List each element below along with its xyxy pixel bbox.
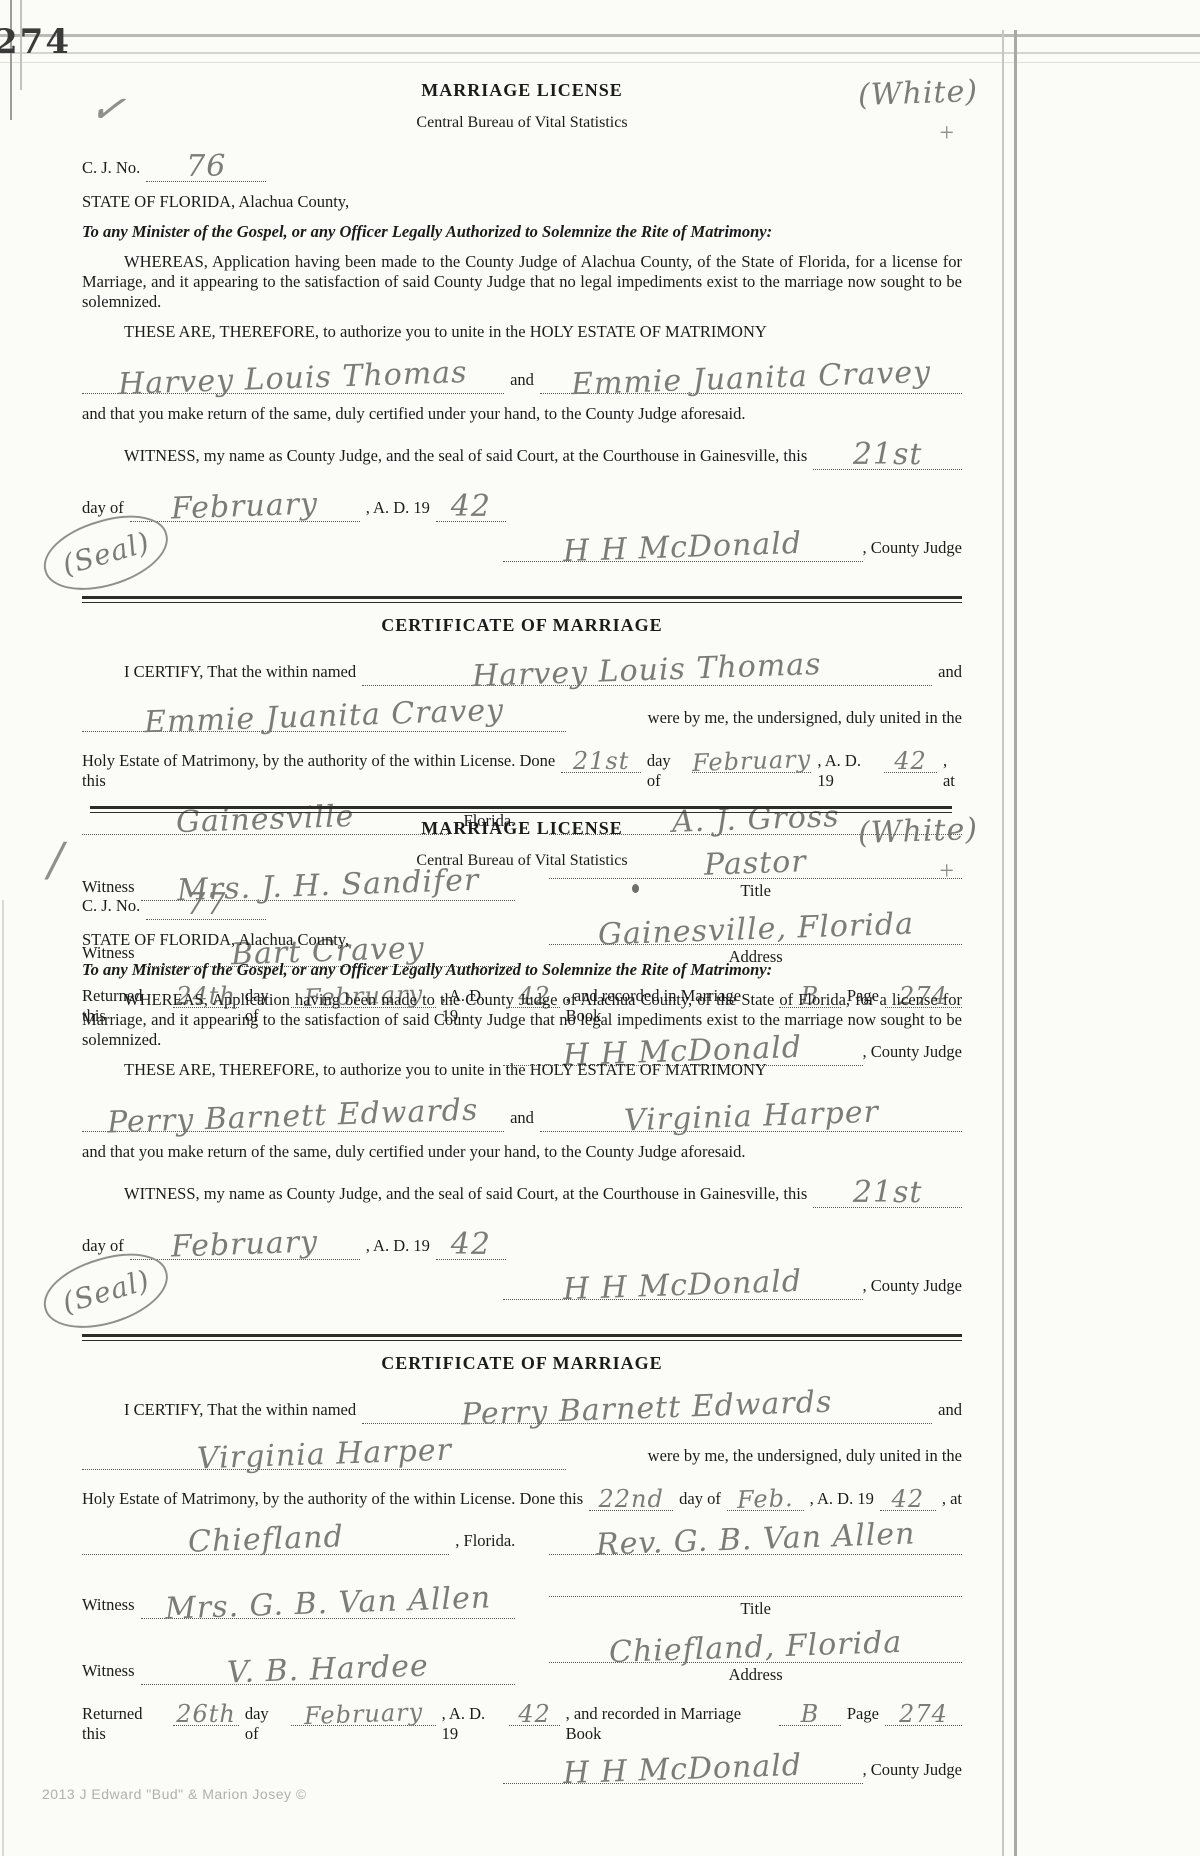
day-of-label: day of bbox=[82, 1236, 124, 1256]
section-divider bbox=[82, 1334, 962, 1341]
done-year: 42 bbox=[894, 747, 927, 775]
these-are-line: THESE ARE, THEREFORE, to authorize you t… bbox=[82, 322, 962, 342]
witness-statement: WITNESS, my name as County Judge, and th… bbox=[82, 446, 807, 466]
day-of-label: day of bbox=[647, 751, 686, 791]
white-annotation: (White) bbox=[857, 812, 978, 851]
were-by-me-line: were by me, the undersigned, duly united… bbox=[572, 1446, 962, 1466]
florida-label: , Florida. bbox=[455, 1531, 515, 1551]
returned-year: 42 bbox=[518, 1700, 551, 1728]
book-field: B bbox=[779, 1697, 841, 1726]
and-label: and bbox=[510, 1108, 534, 1128]
returned-judge-signature: H H McDonald bbox=[562, 1748, 802, 1791]
done-day-field: 21st bbox=[561, 744, 640, 773]
license-year: 42 bbox=[451, 489, 491, 524]
officiant-address: Chiefland, Florida bbox=[608, 1625, 902, 1670]
cj-number-field: 77 bbox=[146, 884, 266, 920]
page-number-stamp: 274 bbox=[0, 22, 71, 62]
ad19-label: , A. D. 19 bbox=[442, 1704, 504, 1744]
done-month: Feb. bbox=[737, 1484, 794, 1514]
returned-judge-field: H H McDonald bbox=[503, 1748, 863, 1784]
returned-day: 26th bbox=[176, 1700, 236, 1728]
were-by-me-line: were by me, the undersigned, duly united… bbox=[572, 708, 962, 728]
witness1-name: Mrs. G. B. Van Allen bbox=[164, 1580, 491, 1626]
seal-text: (Seal) bbox=[59, 525, 154, 581]
scan-artifact-line bbox=[0, 62, 1200, 63]
license-year: 42 bbox=[451, 1227, 491, 1262]
checkmark-annotation: ✓ bbox=[87, 82, 130, 136]
returned-month: February bbox=[303, 1698, 423, 1730]
minister-address-line: To any Minister of the Gospel, or any Of… bbox=[82, 960, 962, 980]
certificate-title: CERTIFICATE OF MARRIAGE bbox=[82, 1353, 962, 1374]
marriage-record-2: / (White) + MARRIAGE LICENSE Central Bur… bbox=[82, 818, 962, 1796]
license-month: February bbox=[171, 1224, 319, 1264]
officiant-title-field bbox=[549, 1563, 962, 1597]
license-month-field: February bbox=[130, 486, 360, 522]
witness-label: Witness bbox=[82, 1661, 135, 1681]
and-label: and bbox=[938, 662, 962, 682]
returned-month-field: February bbox=[291, 1697, 436, 1726]
city-field: Chiefland bbox=[82, 1519, 449, 1555]
returned-year-field: 42 bbox=[509, 1697, 559, 1726]
witness2-field: V. B. Hardee bbox=[141, 1649, 516, 1685]
scan-artifact-line bbox=[0, 34, 1200, 37]
officiant-signature-field: Rev. G. B. Van Allen bbox=[549, 1519, 962, 1555]
cert-bride-field: Emmie Juanita Cravey bbox=[82, 696, 566, 732]
judge-signature: H H McDonald bbox=[562, 1264, 802, 1307]
groom-name: Harvey Louis Thomas bbox=[118, 355, 469, 402]
done-day-field: 22nd bbox=[589, 1482, 673, 1511]
done-month-field: February bbox=[692, 744, 811, 773]
cert-bride-name: Virginia Harper bbox=[196, 1433, 452, 1477]
comma-at-label: , at bbox=[942, 1489, 962, 1509]
comma-at-label: , at bbox=[943, 751, 962, 791]
cj-number-field: 76 bbox=[146, 146, 266, 182]
seal-text: (Seal) bbox=[59, 1263, 154, 1319]
returned-this-label: Returned this bbox=[82, 1704, 167, 1744]
done-month: February bbox=[692, 745, 812, 777]
judge-signature-field: H H McDonald bbox=[503, 1264, 863, 1300]
plus-mark: + bbox=[939, 118, 954, 148]
cj-number-value: 76 bbox=[186, 149, 226, 184]
scan-edge-line bbox=[2, 900, 4, 1856]
groom-name-field: Perry Barnett Edwards bbox=[82, 1096, 504, 1132]
day-of-label: day of bbox=[679, 1489, 721, 1509]
groom-name-field: Harvey Louis Thomas bbox=[82, 358, 504, 394]
witness2-name: V. B. Hardee bbox=[226, 1648, 429, 1690]
done-month-field: Feb. bbox=[727, 1482, 804, 1511]
recorded-in-label: , and recorded in Marriage Book bbox=[566, 1704, 774, 1744]
judge-signature-field: H H McDonald bbox=[503, 526, 863, 562]
city-name: Chiefland bbox=[187, 1519, 344, 1559]
ad19-label: , A. D. 19 bbox=[817, 751, 878, 791]
i-certify-label: I CERTIFY, That the within named bbox=[82, 1400, 356, 1420]
scanned-document-page: 274 2013 J Edward "Bud" & Marion Josey ©… bbox=[0, 0, 1200, 1856]
whereas-paragraph: WHEREAS, Application having been made to… bbox=[82, 990, 962, 1050]
marriage-license-title: MARRIAGE LICENSE bbox=[82, 818, 962, 839]
ad19-label: , A. D. 19 bbox=[810, 1489, 874, 1509]
bride-name: Emmie Juanita Cravey bbox=[570, 355, 931, 403]
scan-artifact-line bbox=[0, 52, 1200, 54]
cert-groom-name: Perry Barnett Edwards bbox=[461, 1385, 833, 1433]
cert-groom-field: Harvey Louis Thomas bbox=[362, 650, 932, 686]
license-day: 21st bbox=[853, 437, 923, 472]
cert-groom-name: Harvey Louis Thomas bbox=[472, 647, 823, 694]
and-label: and bbox=[510, 370, 534, 390]
return-instruction-line: and that you make return of the same, du… bbox=[82, 404, 962, 424]
done-year-field: 42 bbox=[884, 744, 937, 773]
cj-no-label: C. J. No. bbox=[82, 896, 140, 916]
page-label: Page bbox=[847, 1704, 879, 1724]
bride-name-field: Emmie Juanita Cravey bbox=[540, 358, 962, 394]
holy-estate-line: Holy Estate of Matrimony, by the authori… bbox=[82, 1489, 583, 1509]
license-day-field: 21st bbox=[813, 1172, 962, 1208]
section-divider bbox=[82, 596, 962, 603]
scan-edge-line bbox=[1002, 30, 1004, 1856]
certificate-title: CERTIFICATE OF MARRIAGE bbox=[82, 615, 962, 636]
county-judge-label: , County Judge bbox=[863, 1276, 962, 1296]
these-are-line: THESE ARE, THEREFORE, to authorize you t… bbox=[82, 1060, 962, 1080]
returned-day-field: 26th bbox=[173, 1697, 239, 1726]
done-year: 42 bbox=[892, 1485, 925, 1513]
ad19-label: , A. D. 19 bbox=[366, 1236, 430, 1256]
scan-stray-dot bbox=[632, 884, 639, 893]
witness-label: Witness bbox=[82, 1595, 135, 1615]
bride-name-field: Virginia Harper bbox=[540, 1096, 962, 1132]
white-annotation: (White) bbox=[857, 74, 978, 113]
book-letter: B bbox=[801, 1700, 820, 1728]
judge-signature: H H McDonald bbox=[562, 526, 802, 569]
and-label: and bbox=[938, 1400, 962, 1420]
scan-edge-line bbox=[1014, 30, 1017, 1856]
title-label: Title bbox=[549, 1599, 962, 1619]
record-divider bbox=[90, 806, 952, 813]
return-instruction-line: and that you make return of the same, du… bbox=[82, 1142, 962, 1162]
witness1-field: Mrs. G. B. Van Allen bbox=[141, 1583, 516, 1619]
cert-bride-field: Virginia Harper bbox=[82, 1434, 566, 1470]
marriage-license-title: MARRIAGE LICENSE bbox=[82, 80, 962, 101]
minister-address-line: To any Minister of the Gospel, or any Of… bbox=[82, 222, 962, 242]
license-day-field: 21st bbox=[813, 434, 962, 470]
bride-name: Virginia Harper bbox=[623, 1095, 879, 1139]
done-day: 21st bbox=[573, 747, 630, 775]
groom-name: Perry Barnett Edwards bbox=[107, 1093, 479, 1141]
bureau-subtitle: Central Bureau of Vital Statistics bbox=[82, 114, 962, 132]
done-year-field: 42 bbox=[880, 1482, 936, 1511]
slash-annotation: / bbox=[48, 832, 65, 886]
license-year-field: 42 bbox=[436, 486, 506, 522]
state-county-line: STATE OF FLORIDA, Alachua County, bbox=[82, 192, 962, 212]
license-month-field: February bbox=[130, 1224, 360, 1260]
state-county-line: STATE OF FLORIDA, Alachua County, bbox=[82, 930, 962, 950]
book-page: 274 bbox=[899, 1700, 948, 1728]
cj-no-label: C. J. No. bbox=[82, 158, 140, 178]
county-judge-label: , County Judge bbox=[863, 1760, 962, 1780]
officiant-address-field: Chiefland, Florida bbox=[549, 1627, 962, 1663]
ad19-label: , A. D. 19 bbox=[366, 498, 430, 518]
county-judge-label: , County Judge bbox=[863, 538, 962, 558]
plus-mark: + bbox=[939, 856, 954, 886]
license-year-field: 42 bbox=[436, 1224, 506, 1260]
officiant-signature: Rev. G. B. Van Allen bbox=[595, 1516, 916, 1562]
book-page-field: 274 bbox=[885, 1697, 962, 1726]
day-of-label: day of bbox=[245, 1704, 285, 1744]
whereas-paragraph: WHEREAS, Application having been made to… bbox=[82, 252, 962, 312]
i-certify-label: I CERTIFY, That the within named bbox=[82, 662, 356, 682]
bureau-subtitle: Central Bureau of Vital Statistics bbox=[82, 852, 962, 870]
witness-statement: WITNESS, my name as County Judge, and th… bbox=[82, 1184, 807, 1204]
cj-number-value: 77 bbox=[186, 887, 226, 922]
license-day: 21st bbox=[853, 1175, 923, 1210]
license-month: February bbox=[171, 486, 319, 526]
cert-groom-field: Perry Barnett Edwards bbox=[362, 1388, 932, 1424]
cert-bride-name: Emmie Juanita Cravey bbox=[143, 693, 504, 741]
done-day: 22nd bbox=[598, 1485, 663, 1513]
day-of-label: day of bbox=[82, 498, 124, 518]
holy-estate-line: Holy Estate of Matrimony, by the authori… bbox=[82, 751, 555, 791]
